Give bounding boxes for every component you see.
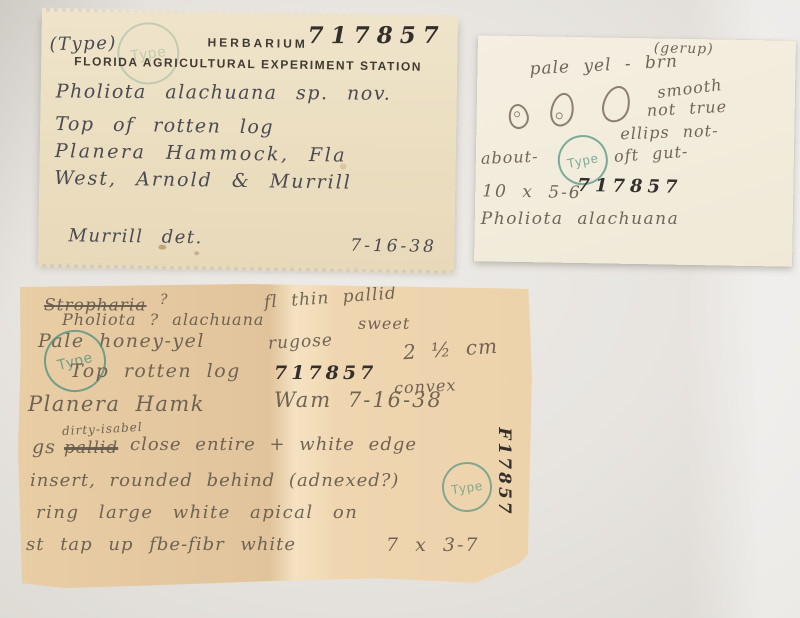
accession-number: 717857: [577, 175, 683, 198]
determiner-line: Murrill det.: [68, 225, 203, 248]
date-line: 7-16-38: [350, 236, 437, 257]
genus-query-mark: ?: [160, 292, 169, 308]
collectors-line: West, Arnold & Murrill: [54, 167, 352, 194]
species-name: Pholiota alachuana: [481, 209, 679, 229]
herbarium-label-card: (Type) Type HERBARIUM 717857 FLORIDA AGR…: [38, 13, 458, 270]
struck-gill-color: pallid: [64, 438, 118, 458]
spore-sketch: [599, 83, 634, 125]
spore-guttule: [513, 111, 520, 118]
spore-note-card: (gerup) pale yel - brn smooth not true e…: [474, 35, 796, 267]
gills-abbrev: gs: [32, 436, 56, 458]
stain-spot: [340, 163, 347, 169]
accession-number: 717857: [308, 22, 446, 49]
spore-sketches: [478, 35, 796, 41]
odor-note: sweet: [358, 314, 410, 333]
stipe-note-line: st tap up fbe-fibr white: [26, 534, 296, 555]
side-accession-number: F17857: [494, 410, 514, 534]
spore-color-note: pale yel - brn: [529, 52, 678, 80]
about-note: about-: [481, 147, 539, 168]
ring-note-line: ring large white apical on: [36, 502, 358, 523]
spore-measurement: 7 x 3-7: [386, 534, 479, 556]
type-stamp-text: Type: [450, 477, 484, 496]
gill-attachment-line: insert, rounded behind (adnexed?): [30, 470, 399, 491]
spore-guttule: [555, 112, 563, 120]
stain-spot: [194, 251, 199, 255]
photo-backdrop: (Type) Type HERBARIUM 717857 FLORIDA AGR…: [0, 0, 800, 618]
type-stamp-text: Type: [566, 150, 600, 171]
perforated-edge-bottom: [38, 263, 454, 275]
herbarium-header: HERBARIUM: [207, 35, 308, 51]
locality-line: Planera Hammock, Fla: [55, 140, 348, 167]
gill-note-line: close entire + white edge: [130, 434, 417, 455]
spore-measurement: 10 x 5-6: [482, 181, 582, 203]
type-stamp: Type: [439, 459, 495, 515]
cap-note: fl thin pallid: [263, 283, 397, 312]
type-stamp: Type: [114, 19, 183, 88]
handwritten-type-annotation: (Type): [49, 33, 117, 55]
surface-note: rugose: [268, 330, 334, 353]
shape-note-2: ellips not-: [620, 121, 719, 143]
gut-note: oft gut-: [613, 142, 689, 166]
substrate-line: Top rotten log: [70, 360, 241, 382]
spore-sketch: [506, 102, 531, 131]
spore-sketch: [548, 91, 576, 128]
species-line: Pholiota alachuana sp. nov.: [56, 80, 392, 104]
species-line: Pholiota ? alachuana: [62, 310, 264, 329]
stain-spot: [158, 245, 166, 250]
substrate-line: Top of rotten log: [55, 113, 274, 138]
locality-line: Planera Hamk: [28, 392, 205, 416]
cap-size: 2 ½ cm: [402, 334, 498, 365]
perforated-edge-top: [42, 8, 458, 20]
collector-date-line: Wam 7-16-38: [274, 388, 443, 412]
field-note-card: Stropharia ? Pholiota ? alachuana fl thi…: [18, 284, 532, 588]
accession-number: 717857: [274, 362, 377, 384]
shape-note-1: not true: [646, 97, 727, 120]
